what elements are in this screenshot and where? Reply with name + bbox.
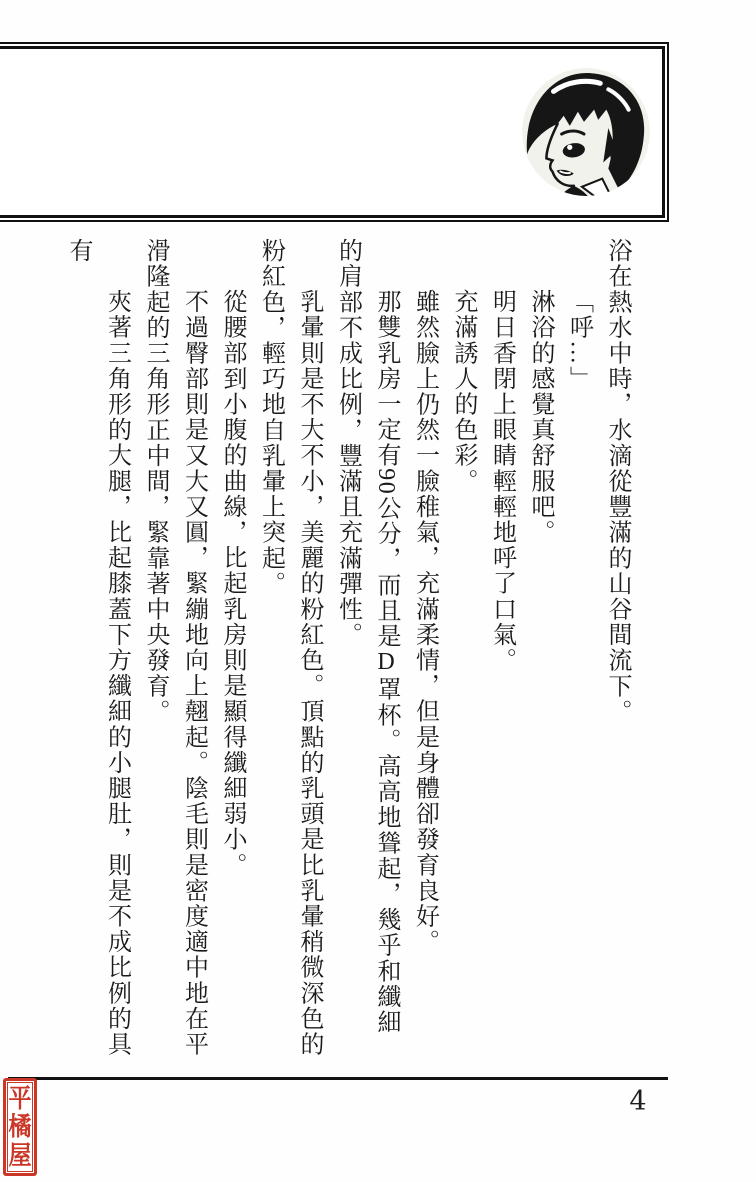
paragraph: 浴在熱水中時，水滴從豐滿的山谷間流下。: [598, 238, 637, 1060]
paragraph: 雖然臉上仍然一臉稚氣，充滿柔情，但是身體卻發育良好。: [405, 238, 444, 1060]
paragraph: 充滿誘人的色彩。: [444, 238, 483, 1060]
paragraph: 從腰部到小腹的曲線，比起乳房則是顯得纖細弱小。: [213, 238, 252, 1060]
paragraph: 夾著三角形的大腿，比起膝蓋下方纖細的小腿肚，則是不成比例的具有: [59, 238, 136, 1060]
character-portrait-icon: [519, 65, 653, 199]
paragraph: 不過臀部則是又大又圓，緊繃地向上翹起。陰毛則是密度適中地在平滑隆起的三角形正中間…: [136, 238, 213, 1060]
paragraph: 乳暈則是不大不小，美麗的粉紅色。頂點的乳頭是比乳暈稍微深色的粉紅色，輕巧地自乳暈…: [251, 238, 328, 1060]
paragraph: 明日香閉上眼睛輕輕地呼了口氣。: [482, 238, 521, 1060]
page-number: 4: [618, 1086, 658, 1117]
seal-character: 屋: [9, 1143, 32, 1169]
paragraph: 那雙乳房一定有90公分，而且是D罩杯。高高地聳起，幾乎和纖細的肩部不成比例，豐滿…: [328, 238, 405, 1060]
scanned-book-page: 浴在熱水中時，水滴從豐滿的山谷間流下。 「呼…」 淋浴的感覺真舒服吧。 明日香閉…: [0, 0, 756, 1182]
paragraph: 「呼…」: [559, 238, 598, 1060]
paragraph: 淋浴的感覺真舒服吧。: [521, 238, 560, 1060]
footer-divider: [8, 1077, 668, 1080]
header-frame: [0, 42, 669, 222]
vertical-text-block: 浴在熱水中時，水滴從豐滿的山谷間流下。 「呼…」 淋浴的感覺真舒服吧。 明日香閉…: [84, 238, 636, 1060]
seal-character: 平: [9, 1085, 32, 1111]
publisher-seal-stamp: 平 橘 屋: [3, 1078, 37, 1176]
seal-character: 橘: [9, 1114, 32, 1140]
